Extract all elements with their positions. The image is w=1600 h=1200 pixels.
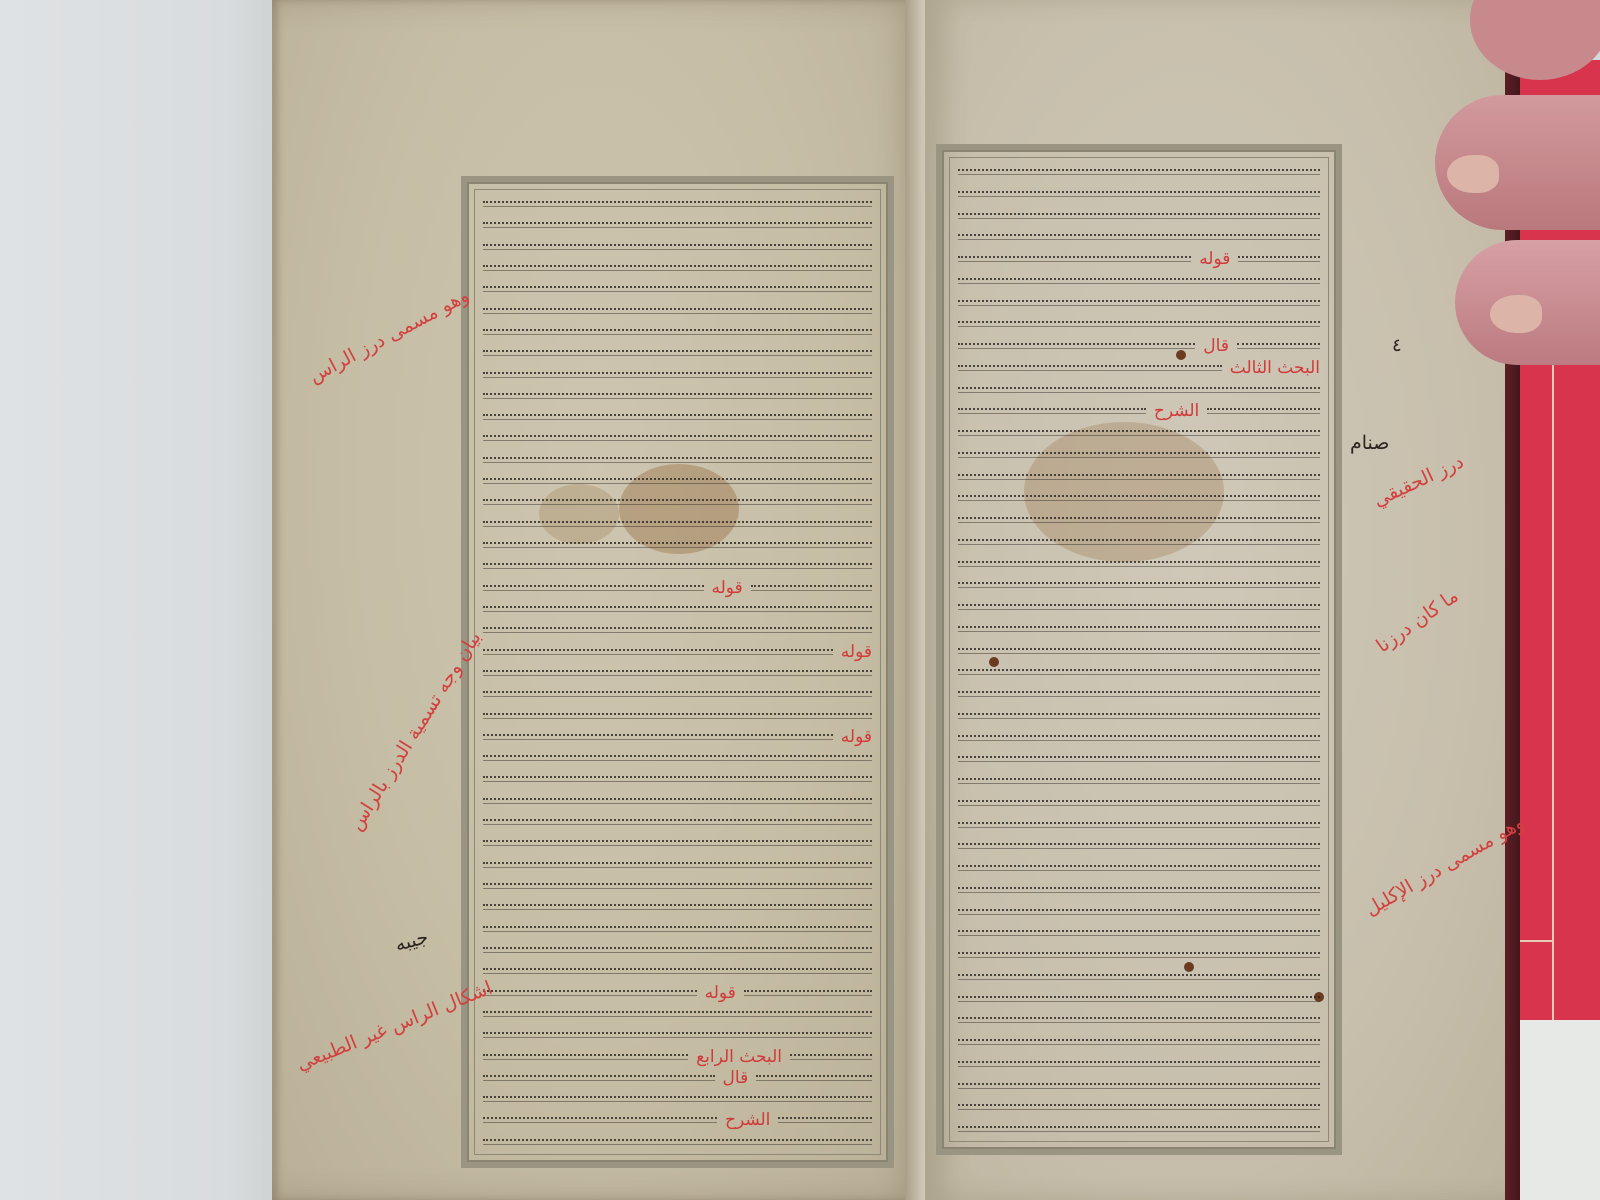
text-line: [958, 817, 1320, 833]
text-line: [483, 516, 872, 532]
text-line: [958, 186, 1320, 202]
text-line: [958, 512, 1320, 528]
text-line-rubric: قوله: [483, 729, 872, 745]
text-line: [958, 838, 1320, 854]
text-line: [483, 367, 872, 383]
text-line: [958, 273, 1320, 289]
text-line: [958, 1099, 1320, 1115]
left-text-lines: قوله قوله قوله قوله البحث الرابع قال الش…: [483, 196, 872, 1150]
text-line: [958, 708, 1320, 724]
text-line: [483, 473, 872, 489]
text-line: [483, 708, 872, 724]
text-line: [483, 281, 872, 297]
right-text-lines: قوله قال البحث الثالث الشرح: [958, 164, 1320, 1137]
text-line: [958, 229, 1320, 245]
hand-holding-page: [1430, 0, 1600, 360]
rubric: البحث الثالث: [1230, 358, 1320, 378]
rubric: الشرح: [1154, 401, 1199, 421]
text-line: [958, 882, 1320, 898]
text-line: [958, 382, 1320, 398]
text-line: [483, 324, 872, 340]
background-surface: [0, 0, 280, 1200]
text-line: [483, 1091, 872, 1107]
text-line-rubric: قال: [483, 1070, 872, 1086]
text-line: [483, 260, 872, 276]
text-line: [483, 921, 872, 937]
text-line: [958, 1012, 1320, 1028]
text-line: [483, 558, 872, 574]
text-line: [958, 860, 1320, 876]
fingernail: [1447, 155, 1499, 193]
text-line: [483, 430, 872, 446]
text-line: [483, 771, 872, 787]
text-line-rubric: البحث الثالث: [958, 360, 1320, 376]
finger-index: [1435, 95, 1600, 230]
text-line: [483, 452, 872, 468]
text-line: [958, 751, 1320, 767]
text-line-rubric: قوله: [483, 985, 872, 1001]
text-line: [958, 447, 1320, 463]
text-line: [483, 494, 872, 510]
text-line: [483, 1027, 872, 1043]
table-surface: [1520, 1020, 1600, 1200]
text-line: [958, 969, 1320, 985]
rubric: قوله: [705, 983, 736, 1003]
text-line: [958, 1034, 1320, 1050]
finger-middle: [1455, 240, 1600, 365]
text-line: [958, 947, 1320, 963]
text-line: [483, 878, 872, 894]
rubric: قال: [723, 1068, 749, 1088]
text-line-rubric: قال: [958, 338, 1320, 354]
text-line: [483, 1134, 872, 1150]
text-line-rubric: الشرح: [958, 403, 1320, 419]
text-line: [483, 239, 872, 255]
text-line: [483, 537, 872, 553]
text-line: [483, 388, 872, 404]
rubric: قوله: [712, 578, 743, 598]
text-line: [958, 991, 1320, 1007]
text-line: [958, 904, 1320, 920]
text-line: [958, 686, 1320, 702]
text-line: [483, 665, 872, 681]
text-line: [958, 295, 1320, 311]
text-line: [958, 730, 1320, 746]
hand-palm: [1470, 0, 1600, 80]
text-line: [483, 686, 872, 702]
text-line: [483, 750, 872, 766]
text-line: [958, 795, 1320, 811]
text-line-rubric: البحث الرابع: [483, 1049, 872, 1065]
text-line: [483, 814, 872, 830]
text-line-rubric: قوله: [483, 644, 872, 660]
text-line-rubric: الشرح: [483, 1112, 872, 1128]
rubric: الشرح: [725, 1110, 770, 1130]
text-line: [958, 534, 1320, 550]
folio-mark: ٤: [1392, 335, 1402, 356]
left-text-block: قوله قوله قوله قوله البحث الرابع قال الش…: [467, 182, 888, 1162]
text-line-rubric: قوله: [483, 580, 872, 596]
fingernail: [1490, 295, 1542, 333]
text-line: [483, 899, 872, 915]
text-line: [483, 409, 872, 425]
text-line: [483, 601, 872, 617]
cover-rule: [1520, 940, 1554, 942]
text-line: [483, 622, 872, 638]
text-line: [483, 217, 872, 233]
text-line: [958, 556, 1320, 572]
text-line: [958, 1056, 1320, 1072]
text-line: [958, 1078, 1320, 1094]
margin-note: صنام: [1350, 432, 1389, 454]
rubric: قوله: [1199, 249, 1230, 269]
text-line: [958, 773, 1320, 789]
rubric: البحث الرابع: [696, 1047, 782, 1067]
text-line: [958, 469, 1320, 485]
text-line: [483, 345, 872, 361]
cover-rule: [1552, 340, 1554, 1060]
text-line: [483, 793, 872, 809]
text-line: [483, 857, 872, 873]
rubric: قال: [1203, 336, 1229, 356]
rubric: قوله: [841, 642, 872, 662]
text-line: [958, 925, 1320, 941]
text-line: [958, 164, 1320, 180]
text-line: [958, 316, 1320, 332]
text-line: [958, 599, 1320, 615]
text-line: [958, 425, 1320, 441]
text-line: [483, 196, 872, 212]
text-line: [958, 577, 1320, 593]
text-line-rubric: قوله: [958, 251, 1320, 267]
text-line: [483, 963, 872, 979]
text-line: [958, 643, 1320, 659]
text-line: [483, 942, 872, 958]
text-line: [958, 664, 1320, 680]
text-line: [958, 1121, 1320, 1137]
text-line: [483, 835, 872, 851]
text-line: [958, 490, 1320, 506]
text-line: [958, 208, 1320, 224]
text-line: [483, 1006, 872, 1022]
text-line: [483, 303, 872, 319]
text-line: [958, 621, 1320, 637]
right-text-block: قوله قال البحث الثالث الشرح: [942, 150, 1336, 1149]
rubric: قوله: [841, 727, 872, 747]
